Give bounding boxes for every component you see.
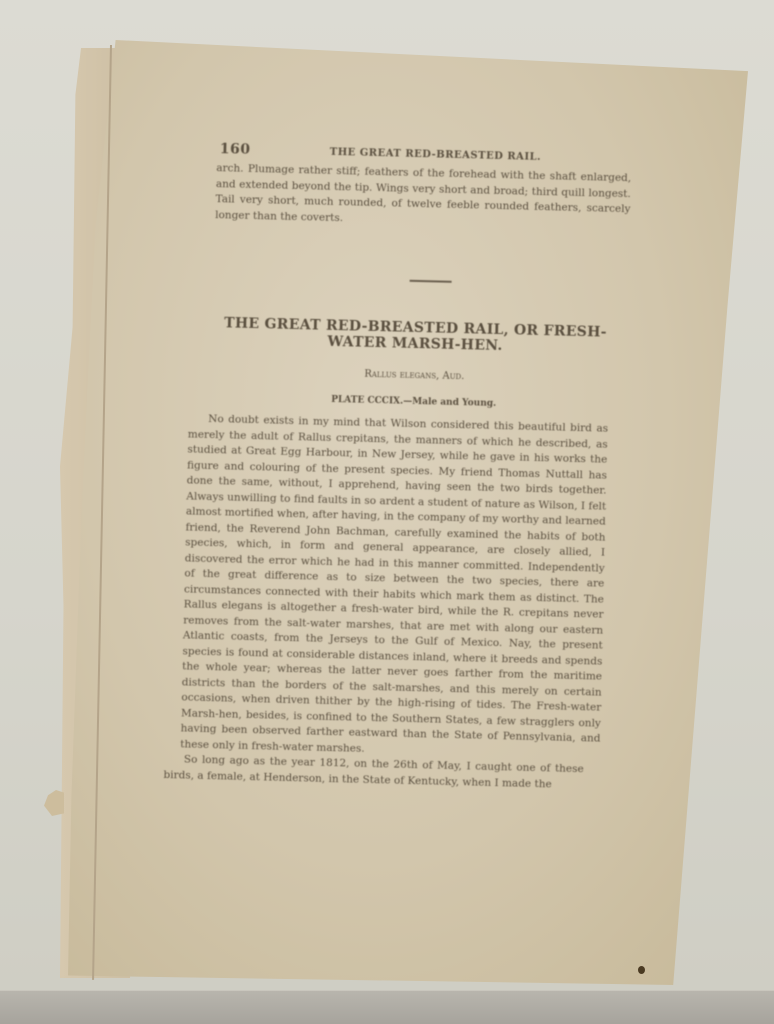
page-text: 160 THE GREAT RED-BREASTED RAIL. arch. P… <box>159 140 635 794</box>
section-divider <box>410 280 452 283</box>
latin-name: Rallus elegans, Aud. <box>199 365 629 387</box>
article-heading: THE GREAT RED-BREASTED RAIL, OR FRESH-WA… <box>200 315 631 357</box>
top-paragraph: arch. Plumage rather stiff; feathers of … <box>215 161 631 233</box>
floor-strip <box>0 990 774 1024</box>
ink-spot <box>638 966 645 974</box>
plate-caption: PLATE CCCIX.—Male and Young. <box>199 392 629 413</box>
body-paragraph-1: No doubt exists in my mind that Wilson c… <box>180 411 608 762</box>
page-number: 160 <box>220 141 330 160</box>
